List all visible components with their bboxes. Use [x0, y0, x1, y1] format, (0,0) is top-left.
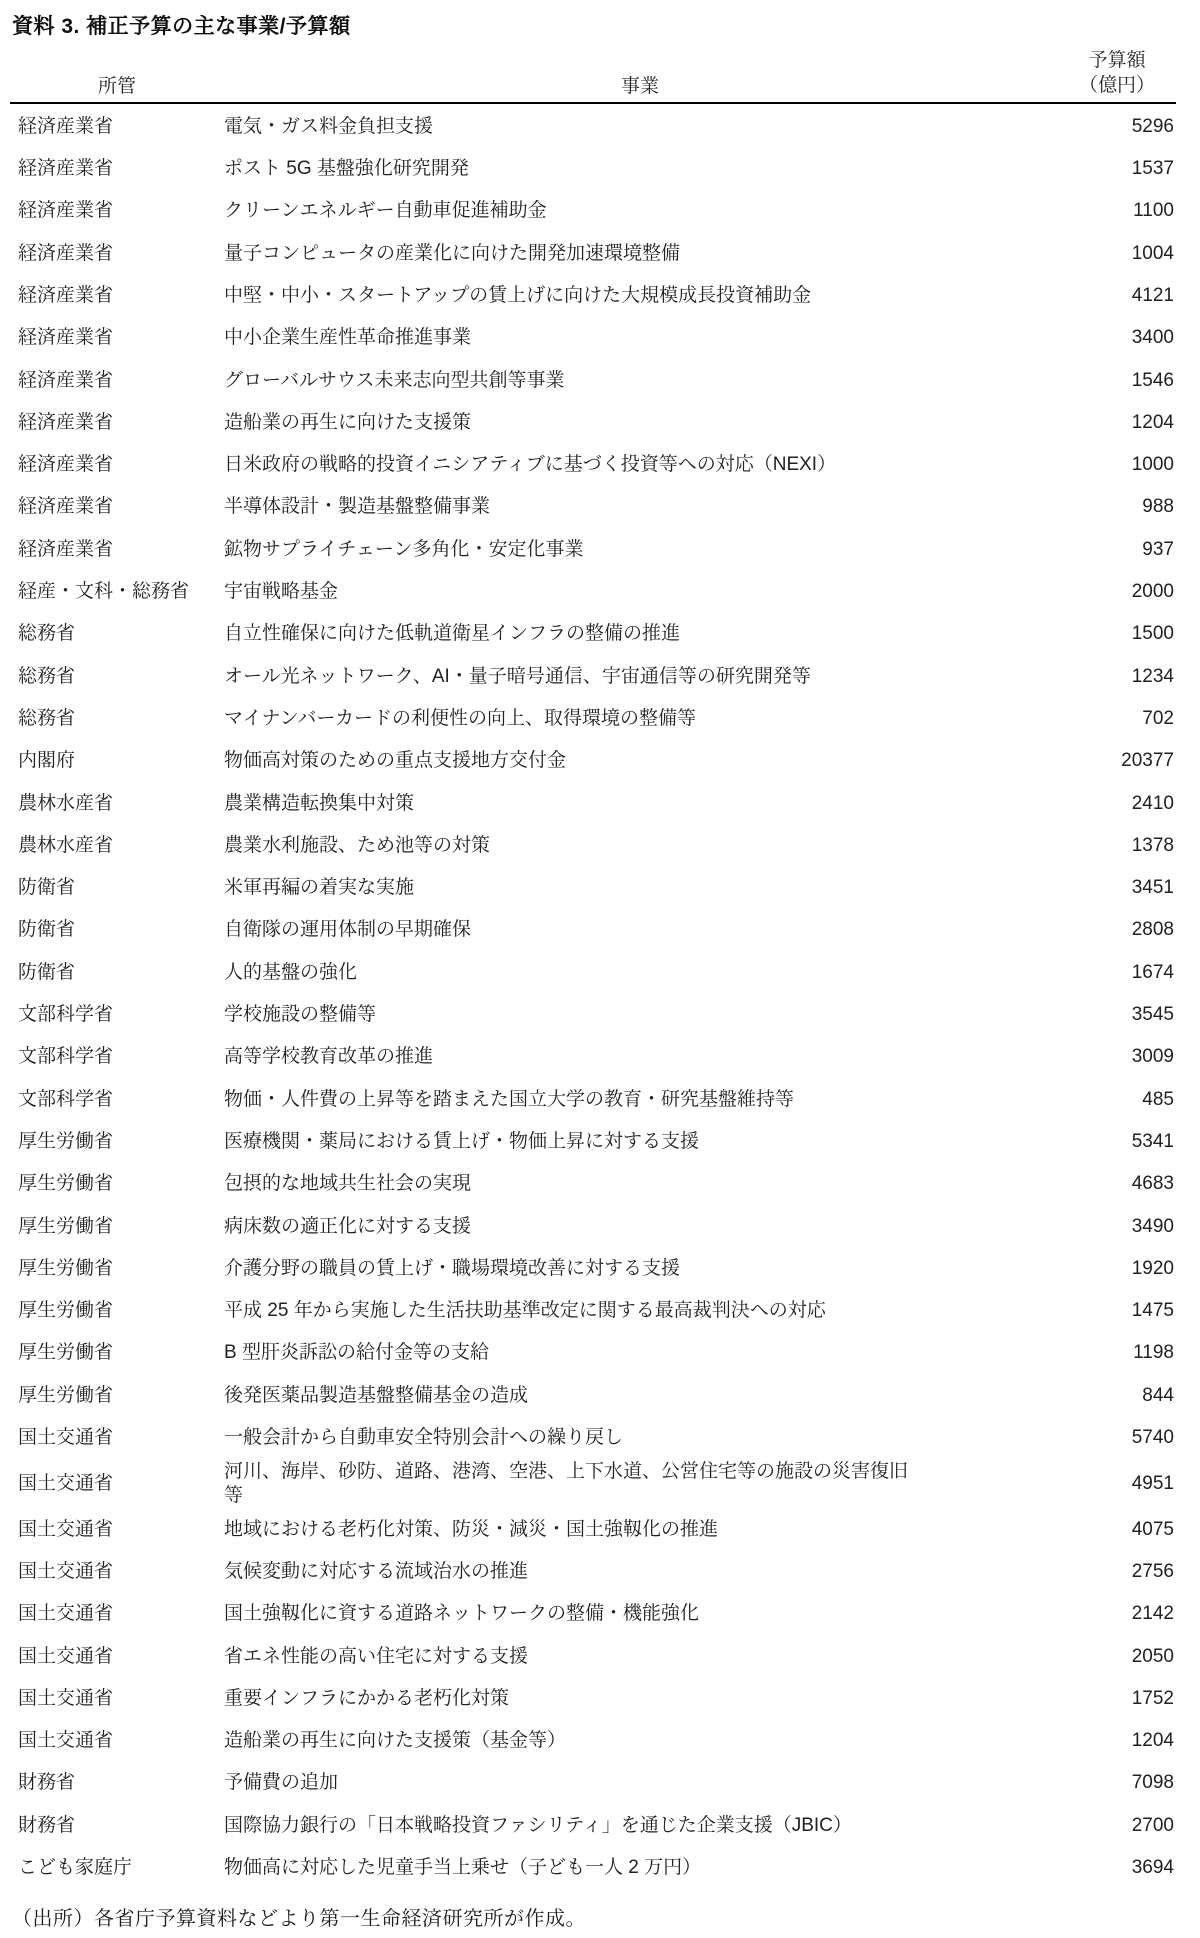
table-row: 厚生労働省 介護分野の職員の賃上げ・職場環境改善に対する支援 1920	[10, 1248, 1178, 1290]
cell-ministry: 農林水産省	[10, 792, 224, 817]
cell-budget: 3694	[1056, 1856, 1178, 1881]
table-row: 国土交通省 一般会計から自動車安全特別会計への繰り戻し 5740	[10, 1417, 1178, 1459]
cell-project: 一般会計から自動車安全特別会計への繰り戻し	[224, 1426, 1056, 1451]
cell-project: B 型肝炎訴訟の給付金等の支給	[224, 1341, 1056, 1366]
cell-project: 農業構造転換集中対策	[224, 792, 1056, 817]
cell-ministry: 厚生労働省	[10, 1257, 224, 1282]
table-row: 国土交通省 国土強靱化に資する道路ネットワークの整備・機能強化 2142	[10, 1593, 1178, 1635]
cell-ministry: 厚生労働省	[10, 1172, 224, 1197]
cell-project: 中小企業生産性革命推進事業	[224, 326, 1056, 351]
table-row: 国土交通省 重要インフラにかかる老朽化対策 1752	[10, 1678, 1178, 1720]
table-row: 経済産業省 日米政府の戦略的投資イニシアティブに基づく投資等への対応（NEXI）…	[10, 444, 1178, 486]
table-row: 経済産業省 ポスト 5G 基盤強化研究開発 1537	[10, 148, 1178, 190]
cell-project-text: 物価・人件費の上昇等を踏まえた国立大学の教育・研究基盤維持等	[224, 1088, 794, 1113]
cell-project: 医療機関・薬局における賃上げ・物価上昇に対する支援	[224, 1130, 1056, 1155]
cell-project: 国土強靱化に資する道路ネットワークの整備・機能強化	[224, 1602, 1056, 1627]
cell-project: 量子コンピュータの産業化に向けた開発加速環境整備	[224, 242, 1056, 267]
cell-ministry: 国土交通省	[10, 1560, 224, 1585]
cell-ministry: 国土交通省	[10, 1729, 224, 1754]
cell-project-text: 量子コンピュータの産業化に向けた開発加速環境整備	[224, 242, 680, 267]
table-row: 文部科学省 高等学校教育改革の推進 3009	[10, 1037, 1178, 1079]
cell-ministry: 総務省	[10, 707, 224, 732]
cell-budget: 485	[1056, 1088, 1178, 1113]
cell-budget: 1752	[1056, 1687, 1178, 1712]
cell-ministry: 農林水産省	[10, 834, 224, 859]
cell-ministry: 文部科学省	[10, 1003, 224, 1028]
cell-ministry: 総務省	[10, 622, 224, 647]
cell-budget: 1537	[1056, 157, 1178, 182]
cell-ministry: 厚生労働省	[10, 1299, 224, 1324]
cell-project-text: 半導体設計・製造基盤整備事業	[224, 495, 490, 520]
table-row: 厚生労働省 包摂的な地域共生社会の実現 4683	[10, 1163, 1178, 1205]
cell-budget: 4951	[1056, 1472, 1178, 1497]
cell-ministry: 経済産業省	[10, 157, 224, 182]
cell-budget: 4121	[1056, 284, 1178, 309]
table-row: 総務省 オール光ネットワーク、AI・量子暗号通信、宇宙通信等の研究開発等 123…	[10, 656, 1178, 698]
cell-ministry: 厚生労働省	[10, 1341, 224, 1366]
cell-ministry: 財務省	[10, 1814, 224, 1839]
cell-budget: 2808	[1056, 918, 1178, 943]
cell-ministry: 経済産業省	[10, 411, 224, 436]
cell-project-text: 宇宙戦略基金	[224, 580, 338, 605]
table-row: 国土交通省 河川、海岸、砂防、道路、港湾、空港、上下水道、公営住宅等の施設の災害…	[10, 1460, 1178, 1509]
cell-project-text: 自立性確保に向けた低軌道衛星インフラの整備の推進	[224, 622, 680, 647]
cell-project: 平成 25 年から実施した生活扶助基準改定に関する最高裁判決への対応	[224, 1299, 1056, 1324]
table-row: 経済産業省 鉱物サプライチェーン多角化・安定化事業 937	[10, 529, 1178, 571]
cell-ministry: 経済産業省	[10, 453, 224, 478]
cell-project-text: 気候変動に対応する流域治水の推進	[224, 1560, 528, 1585]
cell-project: 物価高対策のための重点支援地方交付金	[224, 749, 1056, 774]
table-row: 経済産業省 造船業の再生に向けた支援策 1204	[10, 402, 1178, 444]
cell-project: 河川、海岸、砂防、道路、港湾、空港、上下水道、公営住宅等の施設の災害復旧等	[224, 1460, 1056, 1509]
header-budget: 予算額 （億円）	[1056, 48, 1178, 98]
cell-budget: 7098	[1056, 1771, 1178, 1796]
cell-project-text: 平成 25 年から実施した生活扶助基準改定に関する最高裁判決への対応	[224, 1299, 826, 1324]
cell-budget: 3009	[1056, 1045, 1178, 1070]
table-row: 財務省 国際協力銀行の「日本戦略投資ファシリティ」を通じた企業支援（JBIC） …	[10, 1805, 1178, 1847]
cell-ministry: 厚生労働省	[10, 1215, 224, 1240]
cell-ministry: 文部科学省	[10, 1088, 224, 1113]
cell-ministry: 国土交通省	[10, 1602, 224, 1627]
cell-project-text: 医療機関・薬局における賃上げ・物価上昇に対する支援	[224, 1130, 699, 1155]
cell-ministry: 経済産業省	[10, 199, 224, 224]
cell-project: 物価・人件費の上昇等を踏まえた国立大学の教育・研究基盤維持等	[224, 1088, 1056, 1113]
cell-project-text: 省エネ性能の高い住宅に対する支援	[224, 1645, 528, 1670]
table-row: 厚生労働省 平成 25 年から実施した生活扶助基準改定に関する最高裁判決への対応…	[10, 1290, 1178, 1332]
table-row: こども家庭庁 物価高に対応した児童手当上乗せ（子ども一人 2 万円） 3694	[10, 1847, 1178, 1889]
cell-ministry: 防衛省	[10, 918, 224, 943]
cell-ministry: 経済産業省	[10, 115, 224, 140]
cell-project: 人的基盤の強化	[224, 961, 1056, 986]
cell-budget: 3451	[1056, 876, 1178, 901]
cell-project: 農業水利施設、ため池等の対策	[224, 834, 1056, 859]
page-title: 資料 3. 補正予算の主な事業/予算額	[10, 8, 1178, 46]
header-budget-line2: （億円）	[1056, 73, 1178, 98]
table-row: 国土交通省 造船業の再生に向けた支援策（基金等） 1204	[10, 1720, 1178, 1762]
cell-project-text: マイナンバーカードの利便性の向上、取得環境の整備等	[224, 707, 696, 732]
cell-project-text: 鉱物サプライチェーン多角化・安定化事業	[224, 538, 583, 563]
table-row: 防衛省 米軍再編の着実な実施 3451	[10, 867, 1178, 909]
cell-project: 物価高に対応した児童手当上乗せ（子ども一人 2 万円）	[224, 1856, 1056, 1881]
cell-project-text: 電気・ガス料金負担支援	[224, 115, 433, 140]
cell-project-text: 国土強靱化に資する道路ネットワークの整備・機能強化	[224, 1602, 699, 1627]
table-row: 国土交通省 気候変動に対応する流域治水の推進 2756	[10, 1551, 1178, 1593]
table-row: 文部科学省 物価・人件費の上昇等を踏まえた国立大学の教育・研究基盤維持等 485	[10, 1079, 1178, 1121]
cell-project-text: 中小企業生産性革命推進事業	[224, 326, 471, 351]
cell-project: 後発医薬品製造基盤整備基金の造成	[224, 1384, 1056, 1409]
cell-ministry: 内閣府	[10, 749, 224, 774]
table-row: 農林水産省 農業構造転換集中対策 2410	[10, 783, 1178, 825]
cell-project: 病床数の適正化に対する支援	[224, 1215, 1056, 1240]
cell-budget: 3545	[1056, 1003, 1178, 1028]
cell-project: 包摂的な地域共生社会の実現	[224, 1172, 1056, 1197]
cell-ministry: 経済産業省	[10, 242, 224, 267]
cell-project: オール光ネットワーク、AI・量子暗号通信、宇宙通信等の研究開発等	[224, 665, 1056, 690]
table-header-row: 所管 事業 予算額 （億円）	[10, 46, 1178, 102]
cell-project: 学校施設の整備等	[224, 1003, 1056, 1028]
table-row: 内閣府 物価高対策のための重点支援地方交付金 20377	[10, 740, 1178, 782]
cell-project: 造船業の再生に向けた支援策（基金等）	[224, 1729, 1056, 1754]
cell-ministry: 国土交通省	[10, 1687, 224, 1712]
cell-budget: 1378	[1056, 834, 1178, 859]
cell-ministry: 経済産業省	[10, 326, 224, 351]
cell-project: 重要インフラにかかる老朽化対策	[224, 1687, 1056, 1712]
table-row: 厚生労働省 B 型肝炎訴訟の給付金等の支給 1198	[10, 1333, 1178, 1375]
cell-project-text: オール光ネットワーク、AI・量子暗号通信、宇宙通信等の研究開発等	[224, 665, 811, 690]
cell-budget: 3490	[1056, 1215, 1178, 1240]
cell-project: 省エネ性能の高い住宅に対する支援	[224, 1645, 1056, 1670]
cell-project-text: 人的基盤の強化	[224, 961, 357, 986]
cell-budget: 937	[1056, 538, 1178, 563]
table-row: 経済産業省 中小企業生産性革命推進事業 3400	[10, 317, 1178, 359]
table-row: 文部科学省 学校施設の整備等 3545	[10, 994, 1178, 1036]
cell-project: 高等学校教育改革の推進	[224, 1045, 1056, 1070]
cell-project: ポスト 5G 基盤強化研究開発	[224, 157, 1056, 182]
cell-ministry: 防衛省	[10, 876, 224, 901]
cell-project-text: 造船業の再生に向けた支援策	[224, 411, 471, 436]
cell-budget: 844	[1056, 1384, 1178, 1409]
cell-budget: 1004	[1056, 242, 1178, 267]
cell-ministry: 経済産業省	[10, 538, 224, 563]
cell-project-text: 学校施設の整備等	[224, 1003, 376, 1028]
cell-budget: 2142	[1056, 1602, 1178, 1627]
cell-project-text: 一般会計から自動車安全特別会計への繰り戻し	[224, 1426, 623, 1451]
cell-project-text: 中堅・中小・スタートアップの賃上げに向けた大規模成長投資補助金	[224, 284, 811, 309]
cell-ministry: 国土交通省	[10, 1472, 224, 1497]
cell-budget: 1198	[1056, 1341, 1178, 1366]
table-row: 厚生労働省 後発医薬品製造基盤整備基金の造成 844	[10, 1375, 1178, 1417]
cell-project: 自衛隊の運用体制の早期確保	[224, 918, 1056, 943]
cell-project-text: クリーンエネルギー自動車促進補助金	[224, 199, 547, 224]
cell-project: 造船業の再生に向けた支援策	[224, 411, 1056, 436]
cell-project-text: 河川、海岸、砂防、道路、港湾、空港、上下水道、公営住宅等の施設の災害復旧等	[224, 1460, 924, 1509]
header-ministry: 所管	[10, 71, 224, 98]
table-row: 防衛省 人的基盤の強化 1674	[10, 952, 1178, 994]
cell-project-text: グローバルサウス未来志向型共創等事業	[224, 369, 564, 394]
table-row: 財務省 予備費の追加 7098	[10, 1763, 1178, 1805]
table-row: 総務省 自立性確保に向けた低軌道衛星インフラの整備の推進 1500	[10, 614, 1178, 656]
cell-ministry: 経済産業省	[10, 495, 224, 520]
cell-project-text: ポスト 5G 基盤強化研究開発	[224, 157, 469, 182]
table-row: 経済産業省 電気・ガス料金負担支援 5296	[10, 106, 1178, 148]
cell-ministry: 厚生労働省	[10, 1130, 224, 1155]
cell-budget: 1100	[1056, 199, 1178, 224]
table-row: 総務省 マイナンバーカードの利便性の向上、取得環境の整備等 702	[10, 698, 1178, 740]
cell-project-text: 造船業の再生に向けた支援策（基金等）	[224, 1729, 566, 1754]
cell-project-text: 国際協力銀行の「日本戦略投資ファシリティ」を通じた企業支援（JBIC）	[224, 1814, 852, 1839]
cell-project-text: 日米政府の戦略的投資イニシアティブに基づく投資等への対応（NEXI）	[224, 453, 836, 478]
cell-project: 国際協力銀行の「日本戦略投資ファシリティ」を通じた企業支援（JBIC）	[224, 1814, 1056, 1839]
cell-project-text: 地域における老朽化対策、防災・減災・国土強靱化の推進	[224, 1518, 718, 1543]
cell-budget: 5341	[1056, 1130, 1178, 1155]
table-row: 経済産業省 量子コンピュータの産業化に向けた開発加速環境整備 1004	[10, 233, 1178, 275]
cell-project-text: 病床数の適正化に対する支援	[224, 1215, 471, 1240]
header-budget-line1: 予算額	[1056, 48, 1178, 73]
cell-project-text: 自衛隊の運用体制の早期確保	[224, 918, 471, 943]
cell-budget: 5296	[1056, 115, 1178, 140]
cell-project: 介護分野の職員の賃上げ・職場環境改善に対する支援	[224, 1257, 1056, 1282]
cell-budget: 702	[1056, 707, 1178, 732]
cell-budget: 2700	[1056, 1814, 1178, 1839]
cell-budget: 20377	[1056, 749, 1178, 774]
cell-budget: 1546	[1056, 369, 1178, 394]
cell-project: 鉱物サプライチェーン多角化・安定化事業	[224, 538, 1056, 563]
cell-budget: 3400	[1056, 326, 1178, 351]
cell-project: マイナンバーカードの利便性の向上、取得環境の整備等	[224, 707, 1056, 732]
cell-project-text: 介護分野の職員の賃上げ・職場環境改善に対する支援	[224, 1257, 680, 1282]
cell-budget: 2050	[1056, 1645, 1178, 1670]
cell-project: 気候変動に対応する流域治水の推進	[224, 1560, 1056, 1585]
cell-ministry: 経済産業省	[10, 284, 224, 309]
table-row: 農林水産省 農業水利施設、ため池等の対策 1378	[10, 825, 1178, 867]
cell-project-text: 物価高に対応した児童手当上乗せ（子ども一人 2 万円）	[224, 1856, 701, 1881]
cell-ministry: 文部科学省	[10, 1045, 224, 1070]
document-page: 資料 3. 補正予算の主な事業/予算額 所管 事業 予算額 （億円） 経済産業省…	[0, 0, 1200, 1938]
cell-project-text: 農業構造転換集中対策	[224, 792, 414, 817]
table-row: 防衛省 自衛隊の運用体制の早期確保 2808	[10, 910, 1178, 952]
cell-project-text: 高等学校教育改革の推進	[224, 1045, 433, 1070]
cell-ministry: 厚生労働省	[10, 1384, 224, 1409]
cell-budget: 4683	[1056, 1172, 1178, 1197]
cell-budget: 2756	[1056, 1560, 1178, 1585]
table-row: 国土交通省 省エネ性能の高い住宅に対する支援 2050	[10, 1636, 1178, 1678]
cell-project: 地域における老朽化対策、防災・減災・国土強靱化の推進	[224, 1518, 1056, 1543]
cell-project: 自立性確保に向けた低軌道衛星インフラの整備の推進	[224, 622, 1056, 647]
cell-budget: 1475	[1056, 1299, 1178, 1324]
cell-project: 半導体設計・製造基盤整備事業	[224, 495, 1056, 520]
cell-budget: 988	[1056, 495, 1178, 520]
cell-project-text: 米軍再編の着実な実施	[224, 876, 414, 901]
table-body: 経済産業省 電気・ガス料金負担支援 5296 経済産業省 ポスト 5G 基盤強化…	[10, 104, 1178, 1890]
table-row: 経済産業省 中堅・中小・スタートアップの賃上げに向けた大規模成長投資補助金 41…	[10, 275, 1178, 317]
cell-project: 宇宙戦略基金	[224, 580, 1056, 605]
cell-project: グローバルサウス未来志向型共創等事業	[224, 369, 1056, 394]
cell-budget: 1204	[1056, 1729, 1178, 1754]
table-row: 経済産業省 グローバルサウス未来志向型共創等事業 1546	[10, 360, 1178, 402]
table-row: 厚生労働省 病床数の適正化に対する支援 3490	[10, 1206, 1178, 1248]
cell-ministry: 経産・文科・総務省	[10, 580, 224, 605]
table-row: 経済産業省 クリーンエネルギー自動車促進補助金 1100	[10, 191, 1178, 233]
cell-project-text: 後発医薬品製造基盤整備基金の造成	[224, 1384, 528, 1409]
cell-budget: 1920	[1056, 1257, 1178, 1282]
cell-project-text: 予備費の追加	[224, 1771, 338, 1796]
cell-ministry: 国土交通省	[10, 1518, 224, 1543]
cell-project: クリーンエネルギー自動車促進補助金	[224, 199, 1056, 224]
cell-budget: 2000	[1056, 580, 1178, 605]
header-project: 事業	[224, 71, 1056, 98]
cell-project: 電気・ガス料金負担支援	[224, 115, 1056, 140]
cell-ministry: 防衛省	[10, 961, 224, 986]
cell-project-text: 重要インフラにかかる老朽化対策	[224, 1687, 509, 1712]
cell-project-text: 包摂的な地域共生社会の実現	[224, 1172, 471, 1197]
cell-ministry: こども家庭庁	[10, 1856, 224, 1881]
cell-ministry: 経済産業省	[10, 369, 224, 394]
cell-project-text: B 型肝炎訴訟の給付金等の支給	[224, 1341, 489, 1366]
cell-budget: 1204	[1056, 411, 1178, 436]
cell-ministry: 国土交通省	[10, 1426, 224, 1451]
cell-budget: 1500	[1056, 622, 1178, 647]
cell-budget: 4075	[1056, 1518, 1178, 1543]
cell-project: 中堅・中小・スタートアップの賃上げに向けた大規模成長投資補助金	[224, 284, 1056, 309]
cell-ministry: 国土交通省	[10, 1645, 224, 1670]
cell-budget: 5740	[1056, 1426, 1178, 1451]
cell-project-text: 農業水利施設、ため池等の対策	[224, 834, 490, 859]
source-note: （出所）各省庁予算資料などより第一生命経済研究所が作成。	[10, 1890, 1178, 1931]
table-row: 厚生労働省 医療機関・薬局における賃上げ・物価上昇に対する支援 5341	[10, 1121, 1178, 1163]
table-row: 国土交通省 地域における老朽化対策、防災・減災・国土強靱化の推進 4075	[10, 1509, 1178, 1551]
cell-budget: 1234	[1056, 665, 1178, 690]
cell-budget: 1000	[1056, 453, 1178, 478]
cell-project-text: 物価高対策のための重点支援地方交付金	[224, 749, 566, 774]
cell-project: 予備費の追加	[224, 1771, 1056, 1796]
cell-ministry: 総務省	[10, 665, 224, 690]
cell-project: 米軍再編の着実な実施	[224, 876, 1056, 901]
cell-ministry: 財務省	[10, 1771, 224, 1796]
cell-project: 日米政府の戦略的投資イニシアティブに基づく投資等への対応（NEXI）	[224, 453, 1056, 478]
table-row: 経産・文科・総務省 宇宙戦略基金 2000	[10, 571, 1178, 613]
cell-budget: 2410	[1056, 792, 1178, 817]
table-row: 経済産業省 半導体設計・製造基盤整備事業 988	[10, 487, 1178, 529]
cell-budget: 1674	[1056, 961, 1178, 986]
